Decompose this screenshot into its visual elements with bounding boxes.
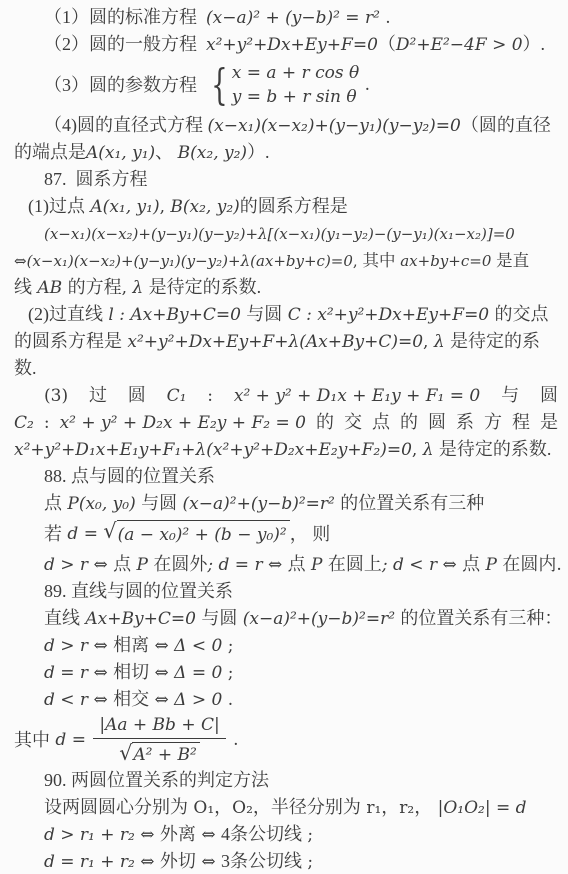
text-line: ⇔(x−x₁)(x−x₂)+(y−y₁)(y−y₂)+λ(ax+by+c)=0,… [14,247,558,274]
text-segment: d > r ⇔ [44,555,113,575]
text-segment: . [556,555,561,575]
text-segment: Ax+By+C=0 [80,609,201,629]
text-segment: ⇔ [196,825,221,845]
text-segment: 90. 两圆位置关系的判定方法 [44,770,269,790]
text-segment: ; d = r ⇔ [207,555,287,575]
text-segment: ⇔ Δ > 0 [149,690,222,710]
text-segment: d = r ⇔ [44,663,113,683]
text-segment: ⇔ Δ = 0 [149,663,222,683]
text-segment: ， [381,797,399,817]
text-segment: λ [132,278,148,298]
text-segment: 与 [501,382,519,409]
text-segment: O₂ [232,798,253,818]
fraction-numerator: |Aa + Bb + C| [93,714,225,739]
text-segment: 点 [288,554,306,574]
text-segment: 线 [14,277,32,297]
text-segment: 的位置关系有三种： [400,608,562,628]
text-segment: . [222,690,233,710]
text-segment: 外切 [160,851,196,871]
text-segment: ; [302,852,313,872]
text-line: 数. [14,355,558,382]
text-segment: ; [302,825,313,845]
text-segment: 的 [400,409,418,436]
text-segment: 圆 [128,382,146,409]
text-segment: AB [32,278,68,298]
text-line: d = r ⇔ 相切 ⇔ Δ = 0 ; [14,659,558,686]
text-line: x²+y²+D₁x+E₁y+F₁+λ(x²+y²+D₂x+E₂y+F₂)=0, … [14,436,558,463]
text-line: 其中 d = |Aa + Bb + C|√A² + B² . [14,713,558,767]
text-segment: x²+y²+D₁x+E₁y+F₁+λ(x²+y²+D₂x+E₂y+F₂)=0 [14,440,412,460]
text-segment: 在圆上 [328,554,382,574]
text-line: 线 AB 的方程, λ 是待定的系数. [14,274,558,301]
text-segment: r₁ [361,798,381,818]
cases-system: {x = a + r cos θy = b + r sin θ [206,61,359,109]
text-segment: r₂ [399,798,414,818]
text-segment: （ [378,34,396,54]
text-segment: 是直 [496,251,529,270]
text-segment: ，半径分别为 [253,797,361,817]
text-segment: : [207,383,213,410]
text-segment: P [480,555,502,575]
text-segment: （1）圆的标准方程 [44,7,206,27]
text-segment: 相切 [113,662,149,682]
text-segment: 的圆系方程是 [14,331,122,351]
text-segment: |O₁O₂| = d [432,798,526,818]
text-segment: 与圆 [201,608,237,628]
text-segment: 的 [316,409,334,436]
text-segment: C : x²+y²+Dx+Ey+F=0 [282,305,494,325]
text-segment: x²+y²+Dx+Ey+F+λ(Ax+By+C)=0 [122,332,423,352]
text-segment: , [160,197,171,217]
text-line: 90. 两圆位置关系的判定方法 [14,767,558,794]
text-segment: 圆 [428,409,446,436]
document-body: （1）圆的标准方程 (x−a)² + (y−b)² = r² .（2）圆的一般方… [14,4,558,874]
text-segment: l : Ax+By+C=0 [103,305,246,325]
sqrt-expression: √A² + B² [119,742,200,766]
text-segment: 是待定的系数. [439,439,552,459]
text-segment: d > r ⇔ [44,636,113,656]
text-segment: ; [222,663,233,683]
text-line: 设两圆圆心分别为 O₁，O₂，半径分别为 r₁，r₂， |O₁O₂| = d [14,794,558,821]
radicand: A² + B² [132,742,199,766]
text-segment: d = [62,521,103,548]
cases-rows: x = a + r cos θy = b + r sin θ [232,61,359,109]
text-segment: 的端点是 [14,142,86,162]
text-segment: A(x₁, y₁) [85,197,160,217]
text-segment: B(x₂, y₂) [170,197,239,217]
text-segment: ⇔ Δ < 0 [149,636,222,656]
text-segment: 87. 圆系方程 [44,169,148,189]
text-segment: 89. 直线与圆的位置关系 [44,581,233,601]
text-segment: 设两圆圆心分别为 [44,797,188,817]
radicand: (a − x₀)² + (b − y₀)² [117,520,290,549]
text-segment: 在圆内 [502,554,556,574]
text-segment: ; [222,636,233,656]
text-segment: 其中 [362,251,395,270]
text-line: （4)圆的直径式方程 (x−x₁)(x−x₂)+(y−y₁)(y−y₂)=0（圆… [14,112,558,139]
text-segment: x² + y² + D₂x + E₂y + F₂ = 0 [60,410,306,437]
text-segment: (x−a)²+(y−b)²=r² [177,494,340,514]
text-segment: 过 [89,382,107,409]
text-segment: 点 [113,554,131,574]
text-segment: x² + y² + D₁x + E₁y + F₁ = 0 [234,383,480,410]
text-segment: 88. 点与圆的位置关系 [44,466,215,486]
left-brace-glyph: { [211,64,228,106]
text-segment: 是待定的系 [450,331,540,351]
text-segment: : [44,410,50,437]
text-segment: ; d < r ⇔ [382,555,462,575]
text-segment: (x−a)²+(y−b)²=r² [237,609,400,629]
text-line: 89. 直线与圆的位置关系 [14,578,558,605]
text-segment: 点 [462,554,480,574]
text-segment: 在圆外 [153,554,207,574]
text-segment: x²+y²+Dx+Ey+F=0 [206,35,378,55]
text-segment: 若 [44,521,62,548]
cases-row: x = a + r cos θ [232,61,359,85]
text-segment: 相离 [113,635,149,655]
text-line: d > r ⇔ 点 P 在圆外; d = r ⇔ 点 P 在圆上; d < r … [14,551,558,578]
text-segment: 数. [14,358,37,378]
text-segment: 其中 [14,727,50,754]
text-line: d > r₁ + r₂ ⇔ 外离 ⇔ 4条公切线 ; [14,821,558,848]
text-line: 点 P(x₀, y₀) 与圆 (x−a)²+(y−b)²=r² 的位置关系有三种 [14,490,558,517]
text-line: (x−x₁)(x−x₂)+(y−y₁)(y−y₂)+λ[(x−x₁)(y₁−y₂… [14,220,558,247]
text-segment: (3) [44,383,68,410]
text-segment: (2)过直线 [28,304,103,324]
text-segment: 点 [372,409,390,436]
text-segment: P [131,555,153,575]
text-segment: , [412,440,423,460]
text-segment: 直线 [44,608,80,628]
text-line: （3）圆的参数方程 {x = a + r cos θy = b + r sin … [14,58,558,112]
text-segment: ， [214,797,232,817]
text-segment: (x−x₁)(x−x₂)+(y−y₁)(y−y₂)+λ[(x−x₁)(y₁−y₂… [44,225,515,243]
text-segment: 的圆系方程是 [240,196,348,216]
text-segment: 、 [155,142,178,162]
text-segment: 的位置关系有三种 [340,493,484,513]
text-segment: ）. [523,34,546,54]
sqrt-expression: √(a − x₀)² + (b − y₀)² [103,520,289,549]
text-segment: （2）圆的一般方程 [44,34,206,54]
text-segment: B(x₂, y₂) [178,143,247,163]
cases-row: y = b + r sin θ [232,85,359,109]
text-segment: 外离 [160,824,196,844]
text-segment: （4)圆的直径式方程 [44,115,208,135]
text-segment: ， [414,797,432,817]
text-segment: (x−x₁)(x−x₂)+(y−y₁)(y−y₂)=0 [208,116,461,136]
text-segment: (1)过点 [28,196,85,216]
text-segment: D²+E²−4F > 0 [396,35,523,55]
text-segment: 点 [44,493,62,513]
text-segment: 是待定的系数. [149,277,262,297]
text-segment: . [359,72,370,99]
text-segment: （3）圆的参数方程 [44,72,206,99]
text-segment: λ [423,440,439,460]
text-segment: d > r₁ + r₂ ⇔ [44,825,160,845]
text-segment: , [122,278,133,298]
text-segment: 程 [512,409,530,436]
text-line: （2）圆的一般方程 x²+y²+Dx+Ey+F=0（D²+E²−4F > 0）. [14,31,558,58]
text-line: d > r ⇔ 相离 ⇔ Δ < 0 ; [14,632,558,659]
text-segment: 相交 [113,689,149,709]
text-segment: ）. [247,142,270,162]
text-segment: 3条公切线 [221,851,302,871]
text-segment: ⇔ [196,852,221,872]
text-segment: d < r ⇔ [44,690,113,710]
text-segment: . [380,8,391,28]
text-segment: ⇔(x−x₁)(x−x₂)+(y−y₁)(y−y₂)+λ(ax+by+c)=0 [14,252,353,270]
radical-sign: √ [103,521,116,542]
text-line: 直线 Ax+By+C=0 与圆 (x−a)²+(y−b)²=r² 的位置关系有三… [14,605,558,632]
text-line: d = r₁ + r₂ ⇔ 外切 ⇔ 3条公切线 ; [14,848,558,874]
text-line: (3)过圆C₁:x² + y² + D₁x + E₁y + F₁ = 0与圆 [14,382,558,409]
text-line: 若 d = √(a − x₀)² + (b − y₀)²， 则 [14,517,558,551]
text-segment: ， 则 [290,521,331,548]
text-line: 的端点是A(x₁, y₁)、 B(x₂, y₂)）. [14,139,558,166]
text-segment: P [306,555,328,575]
fraction-denominator: √A² + B² [93,739,225,766]
text-line: 88. 点与圆的位置关系 [14,463,558,490]
text-segment: d = [50,727,91,754]
text-segment: O₁ [188,798,214,818]
text-segment: 是 [540,409,558,436]
text-segment: . [228,727,239,754]
radical-sign: √ [119,743,132,764]
text-segment: A(x₁, y₁) [86,143,155,163]
text-line: (2)过直线 l : Ax+By+C=0 与圆 C : x²+y²+Dx+Ey+… [14,301,558,328]
text-segment: λ [434,332,450,352]
text-segment: 的交点 [495,304,549,324]
text-segment: 方 [484,409,502,436]
page: （1）圆的标准方程 (x−a)² + (y−b)² = r² .（2）圆的一般方… [0,0,568,874]
text-line: 的圆系方程是 x²+y²+Dx+Ey+F+λ(Ax+By+C)=0, λ 是待定… [14,328,558,355]
text-segment: P(x₀, y₀) [62,494,141,514]
text-segment: , [423,332,434,352]
text-segment: C₂ [14,410,34,437]
text-segment: d = r₁ + r₂ ⇔ [44,852,160,872]
text-line: d < r ⇔ 相交 ⇔ Δ > 0 . [14,686,558,713]
text-segment: 与圆 [141,493,177,513]
text-line: (1)过点 A(x₁, y₁), B(x₂, y₂)的圆系方程是 [14,193,558,220]
fraction: |Aa + Bb + C|√A² + B² [93,714,225,766]
text-segment: ax+by+c=0 [395,252,496,270]
text-segment: 系 [456,409,474,436]
text-segment: 与圆 [246,304,282,324]
text-line: 87. 圆系方程 [14,166,558,193]
text-line: C₂:x² + y² + D₂x + E₂y + F₂ = 0的交点的圆系方程是 [14,409,558,436]
text-segment: 圆 [540,382,558,409]
text-segment: (x−a)² + (y−b)² = r² [206,8,380,28]
text-segment: 4条公切线 [221,824,302,844]
text-segment: （圆的直径 [461,115,551,135]
text-line: （1）圆的标准方程 (x−a)² + (y−b)² = r² . [14,4,558,31]
text-segment: 交 [344,409,362,436]
text-segment: C₁ [167,383,187,410]
text-segment: 的方程 [68,277,122,297]
